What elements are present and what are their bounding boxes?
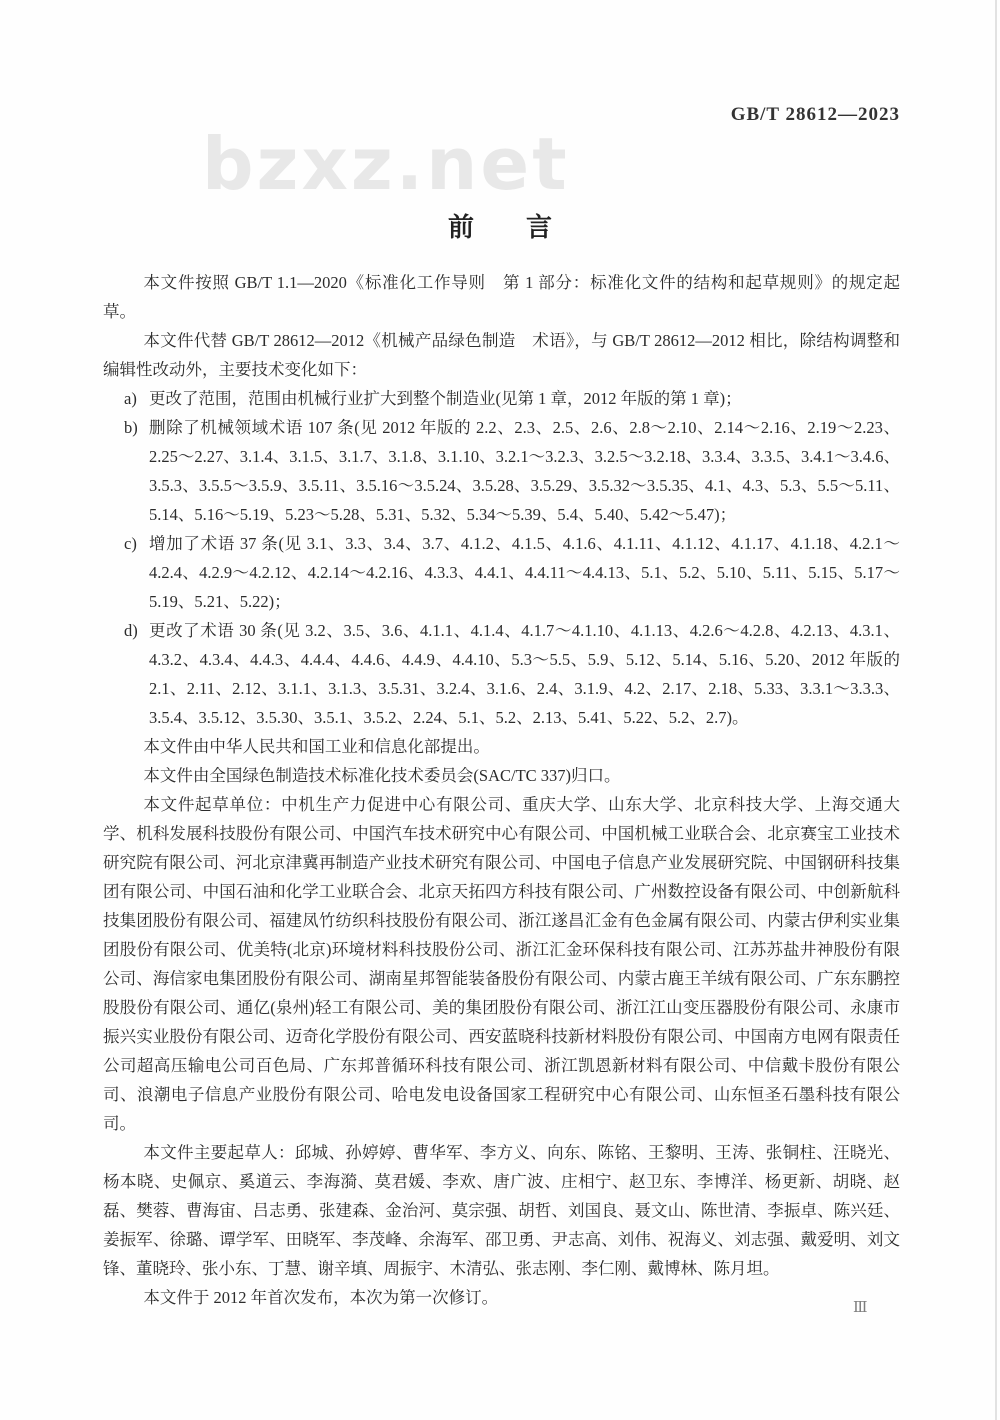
page-title: 前 言: [0, 207, 1000, 244]
change-item-text: 增加了术语 37 条(见 3.1、3.3、3.4、3.7、4.1.2、4.1.5…: [149, 534, 900, 611]
change-item-a: a) 更改了范围，范围由机械行业扩大到整个制造业(见第 1 章，2012 年版的…: [103, 384, 900, 413]
change-item-text: 更改了范围，范围由机械行业扩大到整个制造业(见第 1 章，2012 年版的第 1…: [149, 389, 742, 408]
change-item-b: b) 删除了机械领域术语 107 条(见 2012 年版的 2.2、2.3、2.…: [103, 413, 900, 529]
change-item-marker: b): [124, 413, 138, 442]
paragraph-drafters: 本文件主要起草人：邱城、孙婷婷、曹华军、李方义、向东、陈铭、王黎明、王涛、张铜柱…: [103, 1138, 900, 1283]
paragraph-basis: 本文件按照 GB/T 1.1—2020《标准化工作导则 第 1 部分：标准化文件…: [103, 268, 900, 326]
change-item-c: c) 增加了术语 37 条(见 3.1、3.3、3.4、3.7、4.1.2、4.…: [103, 529, 900, 616]
watermark-text: bzxz.net: [202, 122, 570, 206]
change-list: a) 更改了范围，范围由机械行业扩大到整个制造业(见第 1 章，2012 年版的…: [103, 384, 900, 732]
change-item-marker: d): [124, 616, 138, 645]
change-item-text: 删除了机械领域术语 107 条(见 2012 年版的 2.2、2.3、2.5、2…: [149, 418, 900, 524]
paragraph-replaces: 本文件代替 GB/T 28612—2012《机械产品绿色制造 术语》，与 GB/…: [103, 326, 900, 384]
foreword-body: 本文件按照 GB/T 1.1—2020《标准化工作导则 第 1 部分：标准化文件…: [103, 268, 900, 1312]
change-item-marker: a): [124, 384, 137, 413]
paragraph-centralized-by: 本文件由全国绿色制造技术标准化技术委员会(SAC/TC 337)归口。: [103, 761, 900, 790]
paragraph-drafting-units: 本文件起草单位：中机生产力促进中心有限公司、重庆大学、山东大学、北京科技大学、上…: [103, 790, 900, 1138]
paragraph-proposed-by: 本文件由中华人民共和国工业和信息化部提出。: [103, 732, 900, 761]
document-page: GB/T 28612—2023 bzxz.net 前 言 本文件按照 GB/T …: [0, 0, 1000, 1420]
change-item-text: 更改了术语 30 条(见 3.2、3.5、3.6、4.1.1、4.1.4、4.1…: [149, 621, 900, 727]
paragraph-revision-history: 本文件于 2012 年首次发布，本次为第一次修订。: [103, 1283, 900, 1312]
change-item-marker: c): [124, 529, 137, 558]
change-item-d: d) 更改了术语 30 条(见 3.2、3.5、3.6、4.1.1、4.1.4、…: [103, 616, 900, 732]
standard-number: GB/T 28612—2023: [731, 104, 900, 126]
